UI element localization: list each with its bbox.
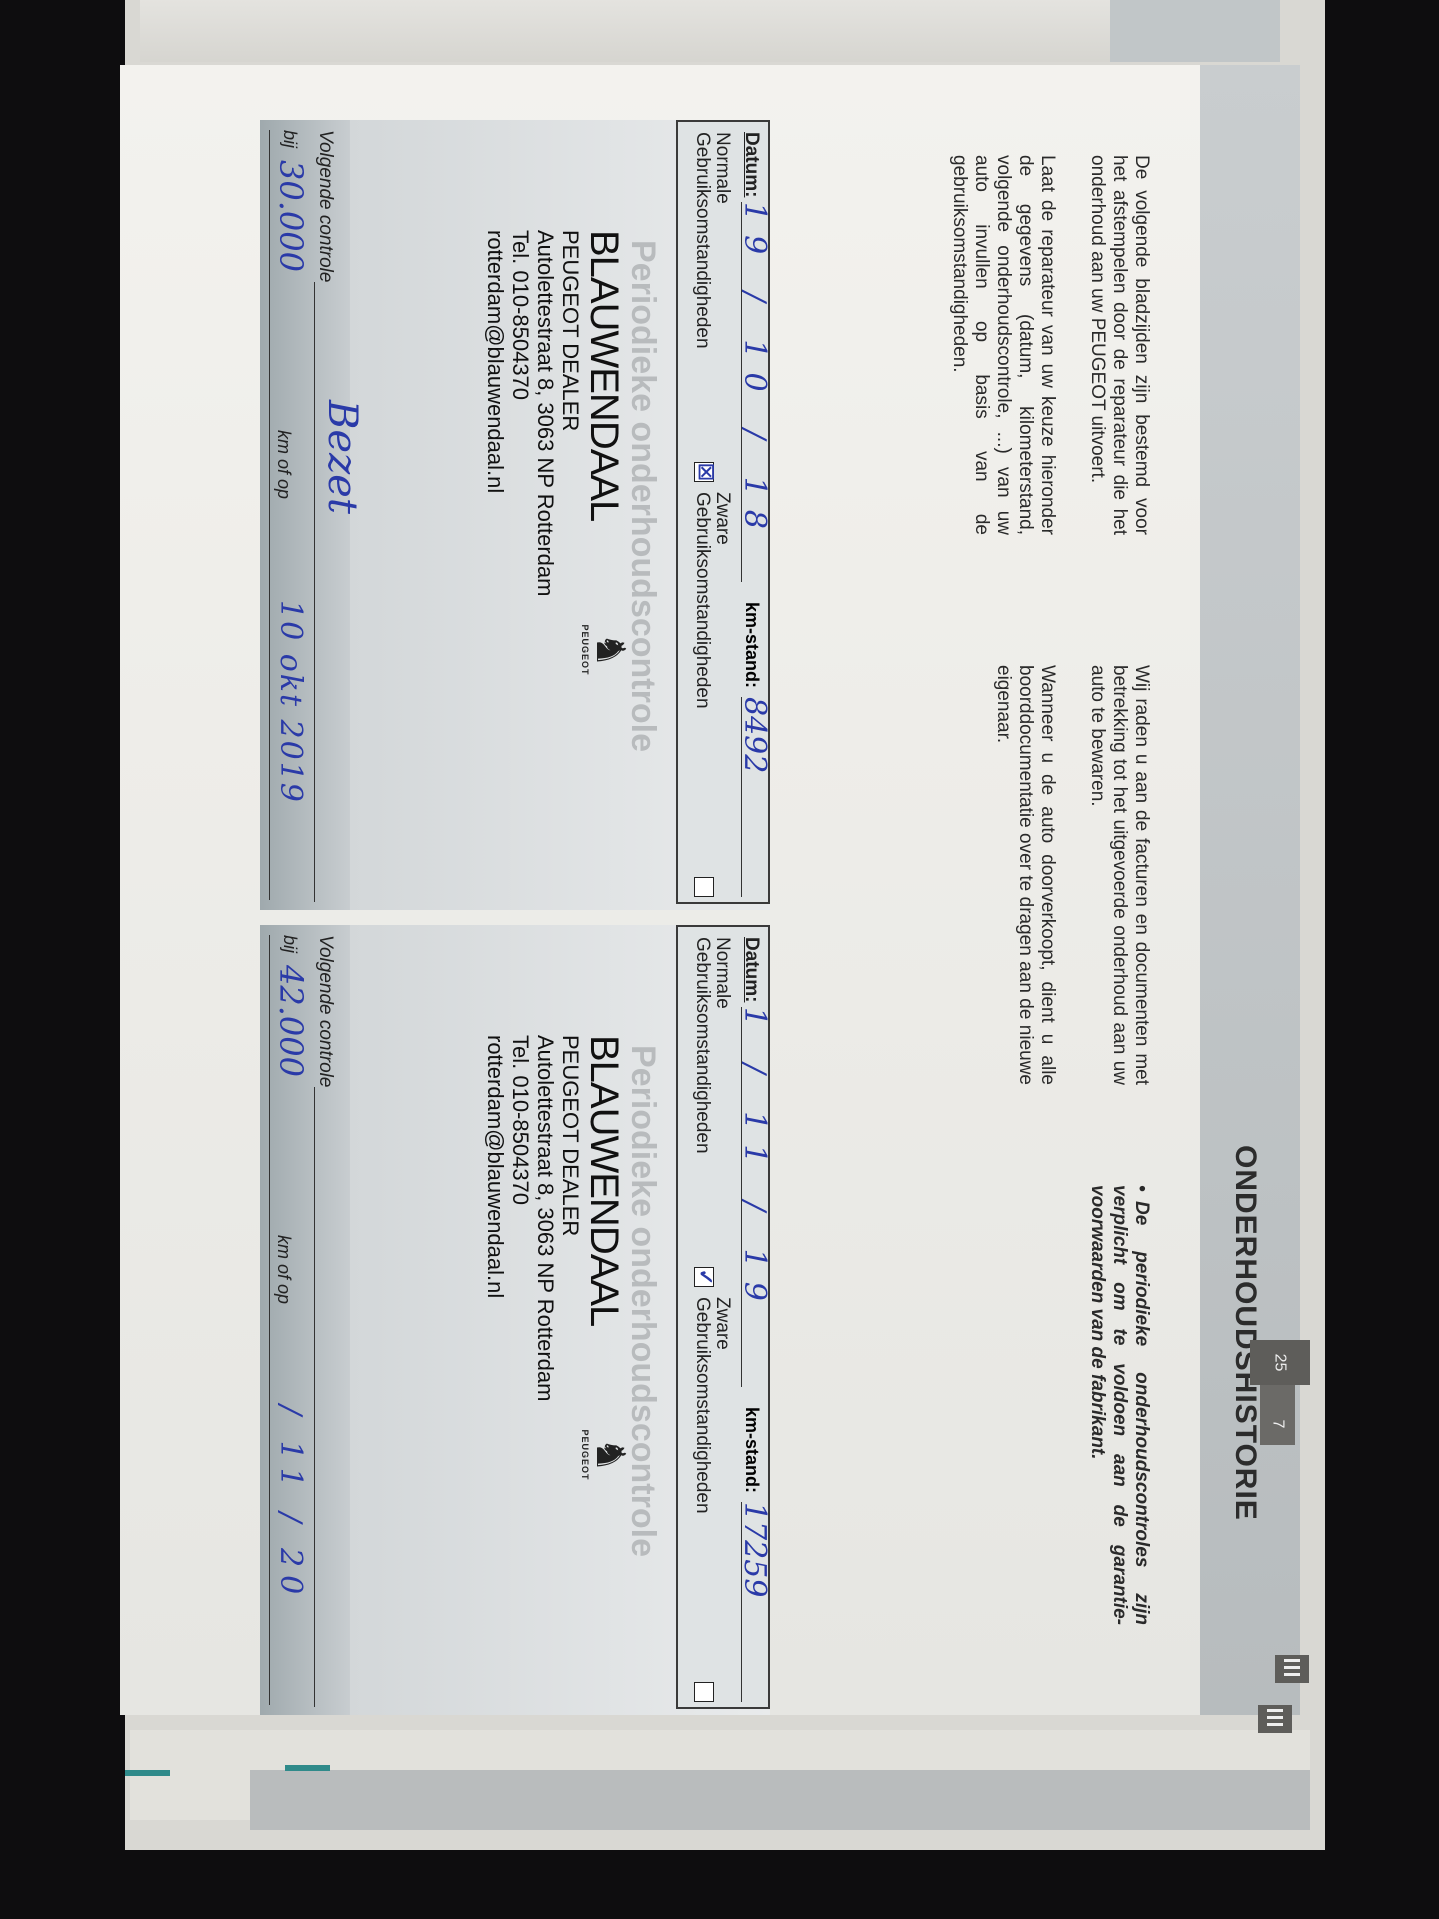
dealer-email: rotterdam@blauwendaal.nl — [483, 230, 508, 596]
next-km-value[interactable]: 30.000 — [272, 160, 310, 272]
km-stand-value[interactable]: 17259 — [741, 1502, 772, 1702]
next-date-value[interactable]: / 11 / 20 — [273, 1405, 308, 1602]
normale-checkbox[interactable]: ☒ — [694, 462, 714, 482]
intro-paragraph: Laat de reparateur van uw keuze hieronde… — [948, 155, 1058, 535]
dealer-address: Autolettestraat 8, 3063 NP Rotterdam — [533, 1035, 558, 1401]
warranty-note: •De periodieke onderhoudscontroles zijn … — [1058, 1185, 1152, 1625]
option-normale: NormaleGebruiksomstandigheden — [692, 132, 732, 349]
intro-column-1: De volgende bladzijden zijn bestemd voor… — [920, 155, 1152, 535]
brand-label: PEUGEOT — [580, 620, 590, 680]
intro-paragraph: De volgende bladzijden zijn bestemd voor… — [1086, 155, 1152, 535]
option-normale: NormaleGebruiksomstandigheden — [692, 937, 732, 1154]
service-entry-2: Datum: 1 / 11 / 19 km-stand: 17259 Norma… — [260, 925, 770, 1715]
page-edge-mark — [285, 1765, 330, 1771]
booklet-cover-edge — [250, 1770, 1310, 1830]
bullet-icon: • — [1130, 1185, 1152, 1201]
zware-checkbox[interactable] — [694, 877, 714, 897]
dealer-stamp: BLAUWENDAAL PEUGEOT DEALER Autolettestra… — [483, 230, 625, 596]
bij-label: bij — [280, 130, 300, 148]
datum-label: Datum: — [740, 132, 762, 197]
page-title: ONDERHOUDSHISTORIE — [1228, 1145, 1262, 1521]
option-zware: ZwareGebruiksomstandigheden — [692, 1297, 732, 1514]
page-surface: ONDERHOUDSHISTORIE De volgende bladzijde… — [120, 65, 1300, 1715]
next-km-value[interactable]: 42.000 — [272, 965, 310, 1077]
datum-label: Datum: — [740, 937, 762, 1002]
dealer-name: BLAUWENDAAL — [583, 230, 625, 596]
warranty-note-text: De periodieke onderhoudscontroles zijn v… — [1087, 1185, 1152, 1625]
normale-checkbox[interactable]: ✓ — [694, 1267, 714, 1287]
dealer-address: Autolettestraat 8, 3063 NP Rotterdam — [533, 230, 558, 596]
brand-label: PEUGEOT — [580, 1425, 590, 1485]
service-booklet-page: ONDERHOUDSHISTORIE De volgende bladzijde… — [120, 65, 1300, 1715]
km-of-op-label: km of op — [273, 430, 294, 499]
service-form: Datum: 1 / 11 / 19 km-stand: 17259 Norma… — [676, 925, 770, 1709]
next-service-due: bij 42.000 km of op / 11 / 20 — [269, 935, 300, 1705]
next-service-row: Volgende controle — [314, 935, 336, 1707]
option-zware: ZwareGebruiksomstandigheden — [692, 492, 732, 709]
facing-page-edge — [140, 0, 1280, 62]
km-stand-label: km-stand: — [741, 602, 762, 688]
peugeot-lion-icon: ♞ — [590, 620, 630, 680]
dealer-phone: Tel. 010-8504370 — [508, 230, 533, 596]
three-bars-icon[interactable] — [1275, 1655, 1309, 1683]
datum-value[interactable]: 19 / 10 / 18 — [741, 202, 772, 582]
peugeot-logo: ♞ PEUGEOT — [580, 620, 630, 680]
km-of-op-label: km of op — [273, 1235, 294, 1304]
service-entry-1: Datum: 19 / 10 / 18 km-stand: 8492 Norma… — [260, 120, 770, 910]
dealer-name: BLAUWENDAAL — [583, 1035, 625, 1401]
dealer-type: PEUGEOT DEALER — [558, 230, 583, 596]
dealer-phone: Tel. 010-8504370 — [508, 1035, 533, 1401]
three-bars-icon[interactable] — [1258, 1705, 1292, 1733]
technician-signature: Bezet — [319, 400, 365, 514]
zware-checkbox[interactable] — [694, 1682, 714, 1702]
intro-paragraph: Wij raden u aan de facturen en documente… — [1086, 665, 1152, 1085]
service-form: Datum: 19 / 10 / 18 km-stand: 8492 Norma… — [676, 120, 770, 904]
next-date-value[interactable]: 10 okt 2019 — [273, 600, 308, 804]
next-service-due: bij 30.000 km of op 10 okt 2019 — [269, 130, 300, 900]
intro-paragraph: Wanneer u de auto doorverkoopt, dient u … — [992, 665, 1058, 1085]
bij-label: bij — [280, 935, 300, 953]
peugeot-lion-icon: ♞ — [590, 1425, 630, 1485]
datum-value[interactable]: 1 / 11 / 19 — [741, 1007, 772, 1387]
intro-column-2: Wij raden u aan de facturen en documente… — [964, 665, 1152, 1085]
facing-page-header-band — [1110, 0, 1280, 62]
dealer-type: PEUGEOT DEALER — [558, 1035, 583, 1401]
peugeot-logo: ♞ PEUGEOT — [580, 1425, 630, 1485]
dealer-email: rotterdam@blauwendaal.nl — [483, 1035, 508, 1401]
page-number-tab: 25 — [1250, 1340, 1310, 1385]
dealer-stamp: BLAUWENDAAL PEUGEOT DEALER Autolettestra… — [483, 1035, 625, 1401]
page-edge-mark — [125, 1770, 170, 1776]
next-service-row: Volgende controle — [314, 130, 336, 902]
next-page-tab[interactable]: 7 — [1260, 1385, 1295, 1445]
km-stand-label: km-stand: — [741, 1407, 762, 1493]
km-stand-value[interactable]: 8492 — [741, 697, 772, 897]
